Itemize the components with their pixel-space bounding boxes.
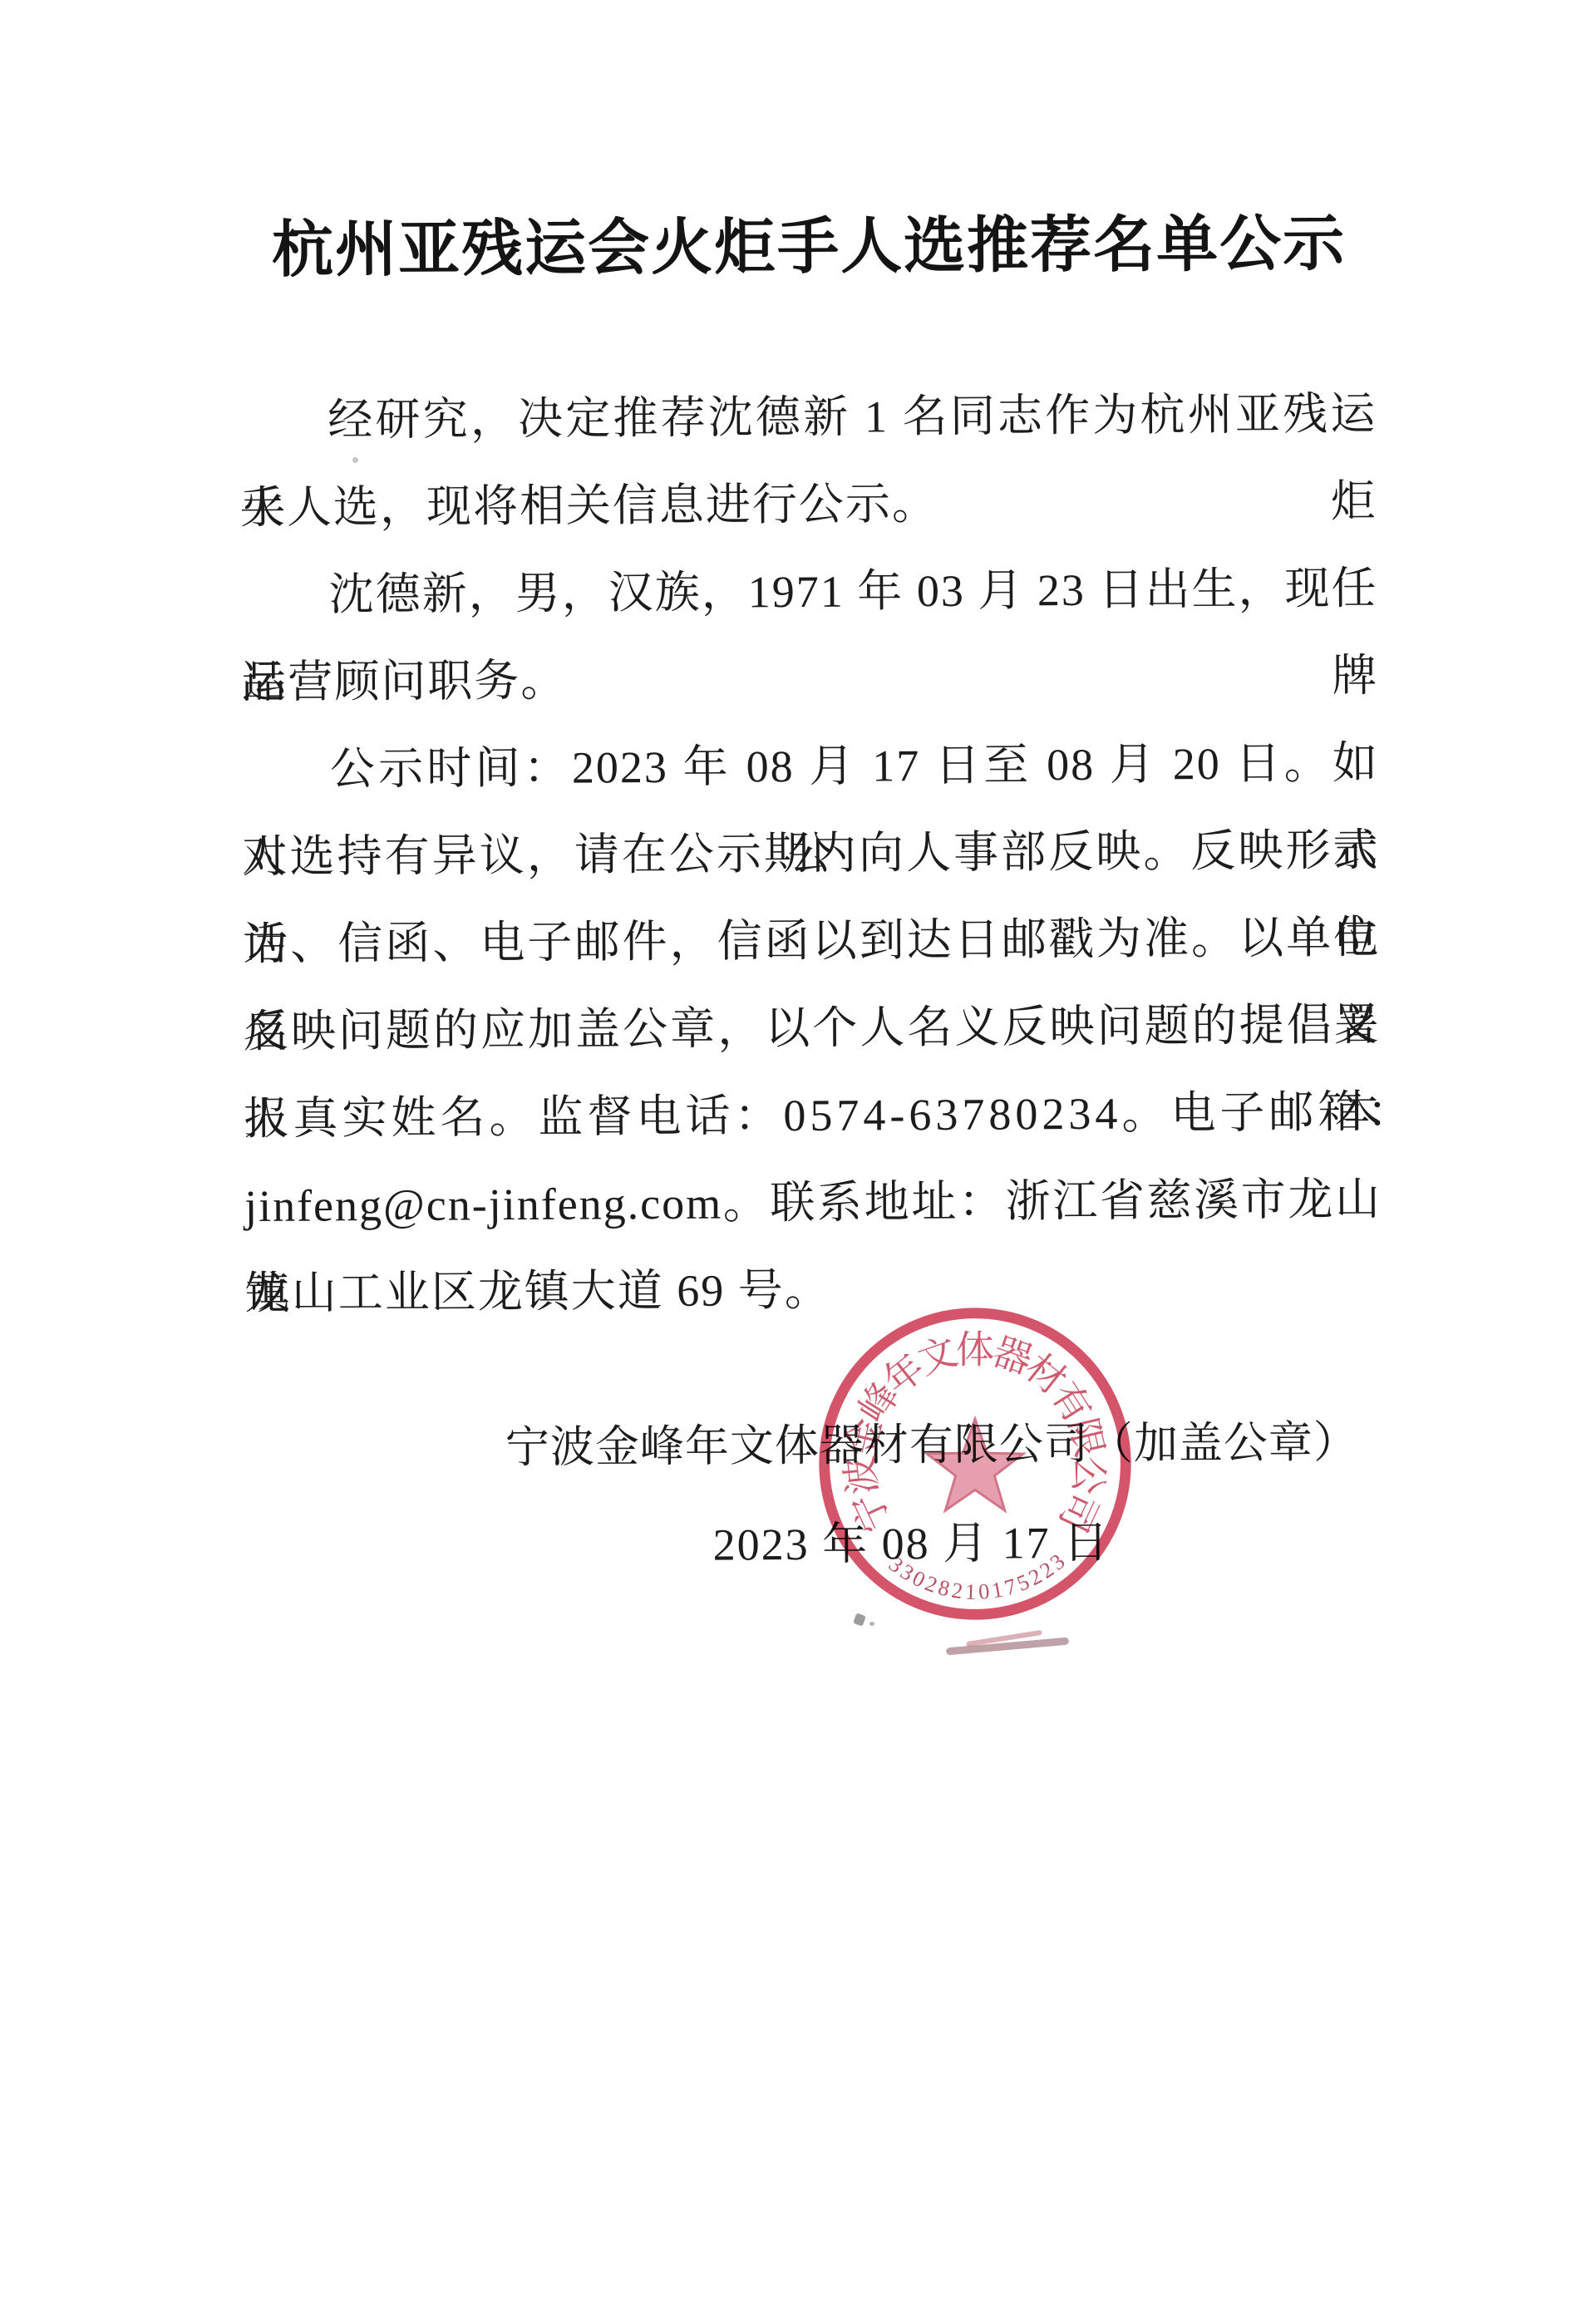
document-page: 杭州亚残运会火炬手人选推荐名单公示 经研究，决定推荐沈德新 1 名同志作为杭州亚… [0,0,1596,2300]
document-content: 杭州亚残运会火炬手人选推荐名单公示 经研究，决定推荐沈德新 1 名同志作为杭州亚… [0,0,1596,2300]
body-line: jinfeng@cn-jinfeng.com。联系地址：浙江省慈溪市龙山镇 [244,1156,1382,1250]
document-title: 杭州亚残运会火炬手人选推荐名单公示 [11,201,1596,294]
body-line: 公示时间：2023 年 08 月 17 日至 08 月 20 日。如对公示 [242,720,1380,814]
body-line: 经研究，决定推荐沈德新 1 名同志作为杭州亚残运火炬 [239,371,1377,465]
svg-text:2: 2 [950,1578,964,1604]
body-line: 人真实姓名。监督电话：0574-63780234。电子邮箱： [244,1069,1382,1163]
body-line: 人选持有异议，请在公示期内向人事部反映。反映形式为电 [242,807,1380,901]
body-line: 沈德新，男，汉族，1971 年 03 月 23 日出生，现任品牌 [240,545,1378,639]
star-icon [927,1419,1023,1510]
svg-text:1: 1 [964,1579,976,1604]
body-line: 反映问题的应加盖公章，以个人名义反映问题的提倡署报本 [243,982,1381,1076]
scan-speck [352,457,358,463]
ink-smudge [869,1622,874,1626]
document-body: 经研究，决定推荐沈德新 1 名同志作为杭州亚残运火炬 手人选，现将相关信息进行公… [239,371,1382,1337]
body-line: 话、信函、电子邮件，信函以到达日邮戳为准。以单位名义 [243,894,1381,988]
company-seal: 宁波金峰年文体器材有限公司 33028210175223 [812,1301,1138,1627]
svg-text:0: 0 [978,1578,990,1604]
